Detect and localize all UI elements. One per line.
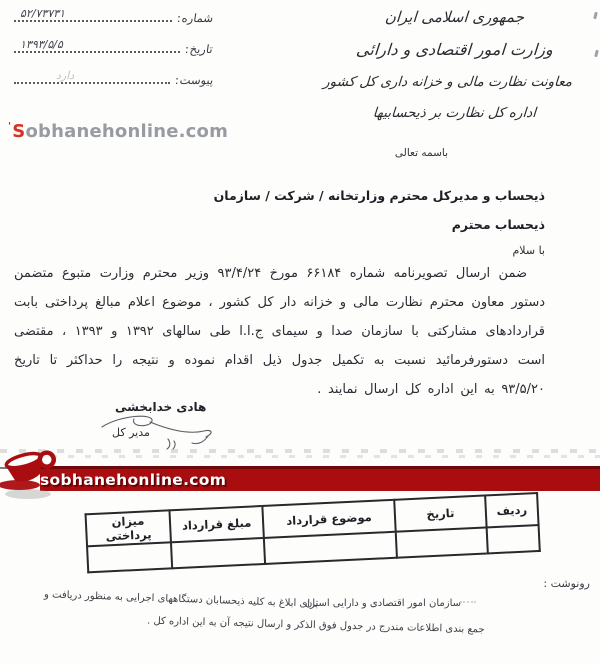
field-date-label: تاریخ:	[184, 42, 212, 56]
org-line-office: اداره کل نظارت بر ذیحسابیها	[336, 105, 572, 121]
field-date: تاریخ: ۱۳۹۳/۵/۵	[12, 39, 212, 56]
copy-note-line-1: برای ابلاغ به کلیه ذیحسابان دستگاههای اج…	[44, 589, 319, 610]
col-date: تاریخ	[394, 495, 486, 531]
teacup-logo-icon	[0, 441, 69, 501]
watermark-rest: obhanehonline.com	[25, 121, 228, 142]
site-banner: sobhanehonline.com	[40, 466, 600, 491]
watermark-tick: '	[8, 121, 11, 132]
copy-to-label: رونوشت :	[543, 577, 590, 590]
field-number-label: شماره:	[176, 11, 213, 25]
scanned-letter: شماره: ۵۲/۷۳۷۳۱ تاریخ: ۱۳۹۳/۵/۵ پیوست: د…	[0, 0, 600, 664]
col-paid-amount: میزان پرداختی	[86, 510, 171, 546]
field-attachment-value: دارد	[56, 69, 74, 82]
scan-mark	[593, 12, 598, 20]
col-row-number: ردیف	[485, 493, 538, 527]
copy-note-line-2: جمع بندی اطلاعات مندرج در جدول فوق الذکر…	[147, 616, 485, 636]
table-cell	[87, 542, 172, 572]
org-line-deputy: معاونت نظارت مالی و خزانه داری کل کشور	[336, 74, 572, 90]
scan-mark	[594, 50, 599, 58]
field-date-leader: ۱۳۹۳/۵/۵	[14, 38, 180, 53]
org-line-country: جمهوری اسلامی ایران	[336, 8, 572, 26]
field-date-value: ۱۳۹۳/۵/۵	[20, 38, 63, 51]
table-cell	[396, 527, 488, 557]
field-number-value: ۵۲/۷۳۷۳۱	[20, 7, 65, 20]
contracts-table: ردیف تاریخ موضوع قرارداد مبلغ قرارداد می…	[87, 492, 541, 573]
field-attachment-label: پیوست:	[174, 73, 213, 87]
scan-smudge	[460, 601, 476, 603]
recipient-line-1: ذیحساب و مدیرکل محترم وزارتخانه / شرکت /…	[214, 188, 545, 203]
recipient-line-2: ذیحساب محترم	[214, 217, 545, 232]
table-cell	[171, 538, 265, 568]
watermark-top: 'Sobhanehonline.com	[8, 121, 228, 142]
col-contract-amount: مبلغ قرارداد	[169, 506, 263, 542]
body-paragraph: ضمن ارسال تصویرنامه شماره ۶۶۱۸۴ مورخ ۹۳/…	[14, 259, 545, 404]
watermark-initial: S	[12, 121, 25, 142]
basmala: باسمه تعالی	[395, 147, 448, 159]
field-attachment-leader: دارد	[14, 69, 170, 84]
recipient-block: ذیحساب و مدیرکل محترم وزارتخانه / شرکت /…	[214, 188, 545, 257]
table-cell	[487, 525, 540, 553]
copy-to-recipient: سازمان امور اقتصادی و دارایی استان	[305, 598, 461, 609]
table-cell	[264, 532, 397, 564]
field-attachment: پیوست: دارد	[12, 70, 212, 87]
scan-noise	[0, 449, 600, 453]
greeting: با سلام	[214, 244, 545, 257]
org-line-ministry: وزارت امور اقتصادی و دارائی	[336, 40, 572, 59]
letterhead-org: جمهوری اسلامی ایران وزارت امور اقتصادی و…	[337, 8, 572, 121]
letterhead-fields: شماره: ۵۲/۷۳۷۳۱ تاریخ: ۱۳۹۳/۵/۵ پیوست: د…	[12, 8, 212, 101]
field-number-leader: ۵۲/۷۳۷۳۱	[14, 7, 172, 22]
field-number: شماره: ۵۲/۷۳۷۳۱	[12, 8, 212, 25]
scan-noise	[40, 455, 600, 458]
